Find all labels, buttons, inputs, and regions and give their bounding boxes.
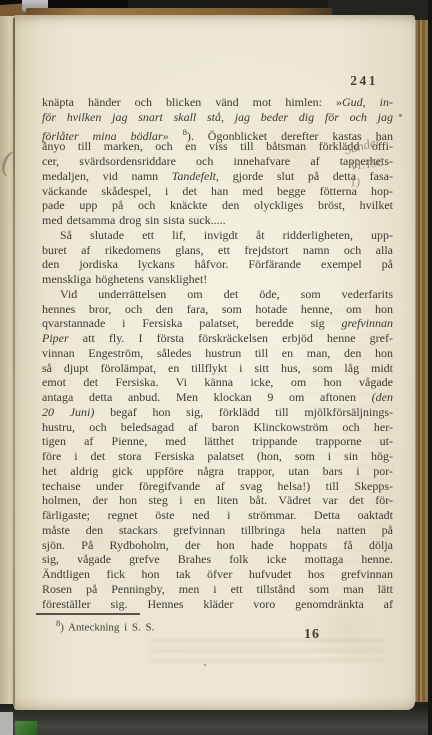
footnote-text: ) Anteckning i S. S. [60, 622, 154, 634]
text-line: så djupt förolämpat, en tillflykt i sitt… [42, 361, 393, 376]
text-line: för hvilken jag snart skall stå, jag bed… [42, 110, 393, 125]
body-text: knäpta händer och blicken vänd mot himle… [42, 95, 393, 611]
text-line: föreställer sig. Hennes kläder voro geno… [42, 597, 393, 612]
text-line: hustru, och beledsagad af baron Klinckow… [42, 420, 393, 435]
text-line: emot det Fersiska. Vi känna icke, om hon… [42, 375, 393, 390]
text-line: menskliga höghetens vansklighet! [42, 272, 393, 287]
text-line: före i det stora Fersiska palatset (hon,… [42, 449, 393, 464]
page-number: 241 [300, 73, 378, 89]
footnote: 8) Anteckning i S. S. [56, 618, 154, 634]
text-line: förlåter mina bödlar» 8). Ögonblicket de… [42, 125, 393, 140]
show-through-texture-bottom [150, 632, 385, 662]
text-line: het aldrig gick uppföre några trappor, u… [42, 464, 393, 479]
text-line: pade upp på och knäckte den olyckliges b… [42, 198, 393, 213]
text-line: techaise under föregifvande af svag hels… [42, 479, 393, 494]
text-line: antaga detta anbud. Men klockan 9 om aft… [42, 390, 393, 405]
signature-mark: 16 [304, 627, 320, 643]
text-line: Rosen på Penningby, men i ett tillstånd … [42, 582, 393, 597]
text-line: 20 Juni) begaf hon sig, förklädd till mj… [42, 405, 393, 420]
paper-speck [399, 114, 402, 117]
pencil-marginalia-line3: 1) [349, 175, 361, 191]
text-line: sjön. På Rydboholm, der hon hade hoppats… [42, 538, 393, 553]
text-line: ånyo till marken, och en viss till båtsm… [42, 139, 393, 154]
text-line: den jordiska lyckans håfvor. Förfärande … [42, 257, 393, 272]
text-line: sig, vågade grefve Brahes folk icke mott… [42, 552, 393, 567]
text-line: holmen, der hon steg i en liten båt. Väd… [42, 493, 393, 508]
background-right-strip [428, 0, 432, 735]
text-line: Så slutade ett lif, invigdt åt ridderlig… [42, 228, 393, 243]
text-line: färligaste; regnet öste ned i strömmar. … [42, 508, 393, 523]
text-line: buret af rikedomens glans, ett frejdstor… [42, 243, 393, 258]
text-line: vinnan Engeström, således hustrun till e… [42, 346, 393, 361]
text-line: med detsamma drog sin sista suck..... [42, 213, 393, 228]
background-gray-sliver [0, 712, 13, 735]
text-line: tigen af Pienne, med lätthet trippande t… [42, 434, 393, 449]
text-line: Ändtligen fick hon tak öfver hufvudet ho… [42, 567, 393, 582]
text-line: Piper att fly. I första förskräckelsen e… [42, 331, 393, 346]
text-line: hennes bror, och den fara, som hotade he… [42, 302, 393, 317]
text-line: Vid underrättelsen om det öde, som veder… [42, 287, 393, 302]
text-line: väckande skådespel, i det han med begge … [42, 184, 393, 199]
text-line: måste den stackars grefvinnan tillbringa… [42, 523, 393, 538]
gutter-crease [13, 18, 15, 706]
text-line: qvarstannade i Fersiska palatset, beredd… [42, 316, 393, 331]
footnote-rule [36, 613, 140, 615]
paper-speck [204, 664, 206, 666]
scanned-book-photo: 241 knäpta händer och blicken vänd mot h… [0, 0, 432, 735]
text-line: cer, svärdsordensriddare och innehafvare… [42, 154, 393, 169]
text-line: knäpta händer och blicken vänd mot himle… [42, 95, 393, 110]
background-green-object [15, 721, 37, 735]
page-edge-stack [414, 20, 429, 702]
text-line: medaljen, vid namn Tandefelt, gjorde slu… [42, 169, 393, 184]
